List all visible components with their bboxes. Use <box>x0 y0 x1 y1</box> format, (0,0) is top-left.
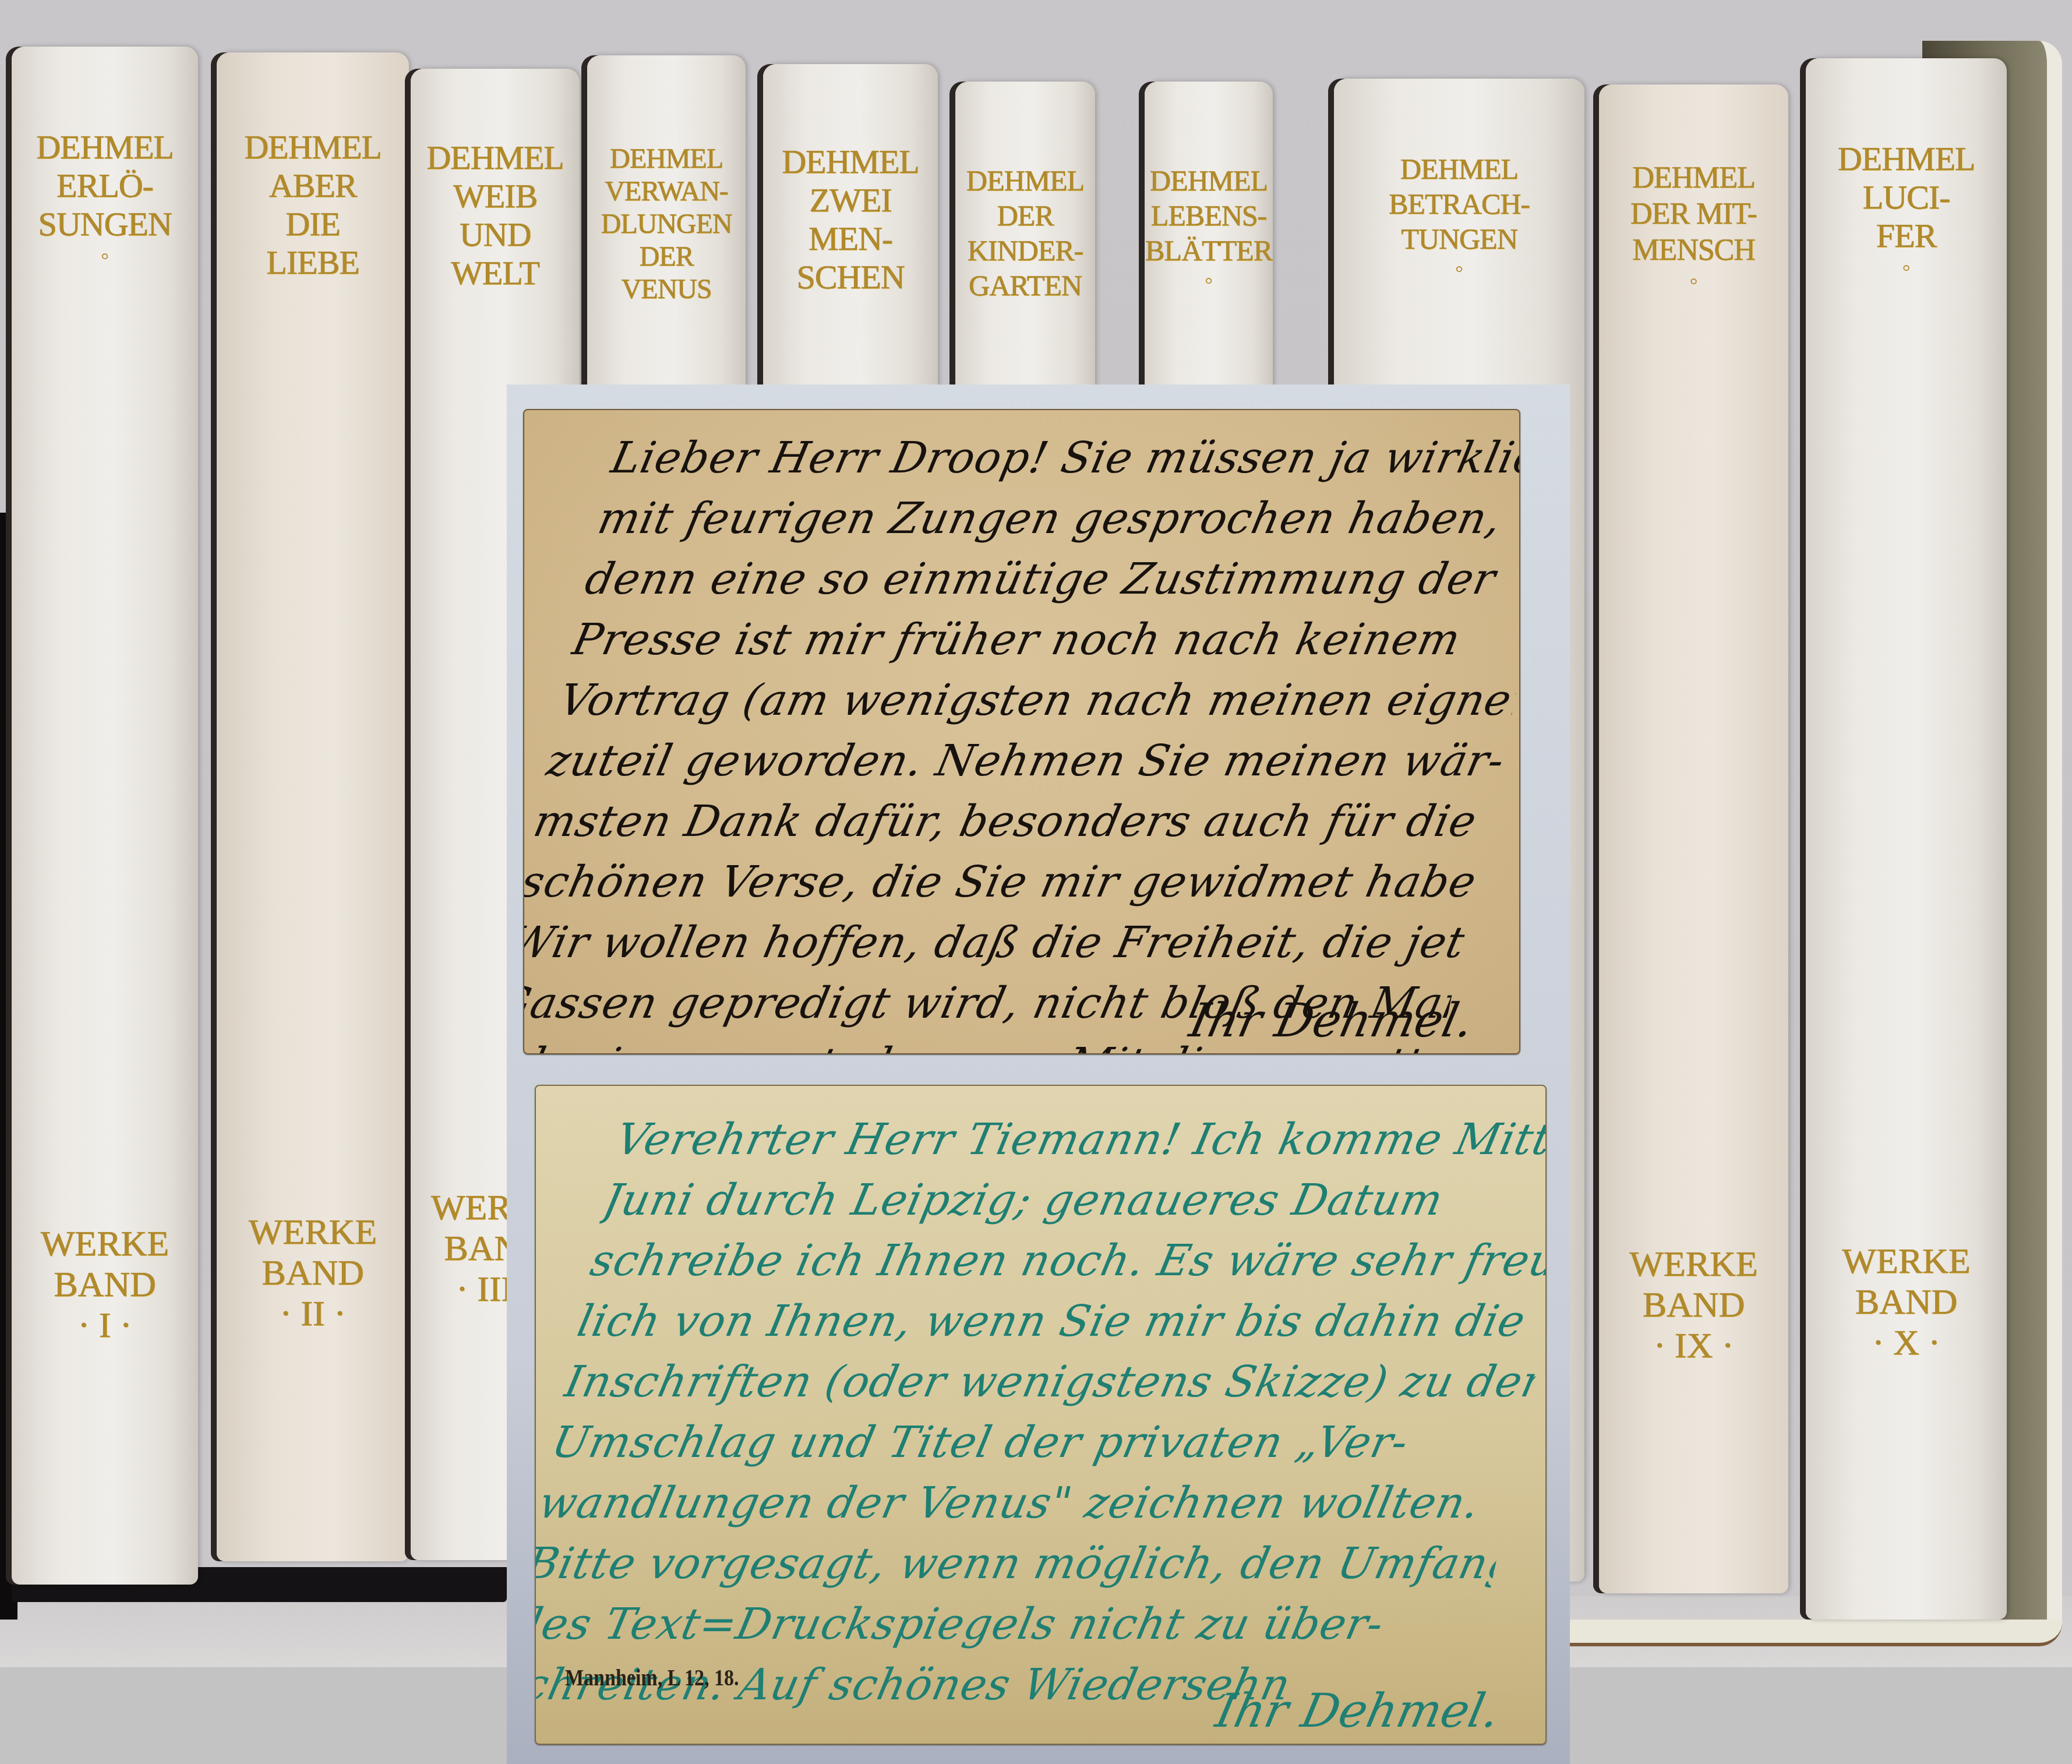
spine-ornament: ° <box>1690 274 1698 297</box>
spine-volume-label: WERKE BAND · X · <box>1806 1241 2007 1363</box>
handwriting-line: Presse ist mir früher noch nach keinem <box>567 609 1520 670</box>
spine-title: DEHMEL DER MIT- MENSCH <box>1630 160 1757 269</box>
spine-ornament: ° <box>1902 261 1911 283</box>
spine-title: DEHMEL ZWEI MEN- SCHEN <box>782 143 919 297</box>
handwriting-line: schönen Verse, die Sie mir gewidmet habe… <box>523 852 1482 912</box>
book-volume-2: DEHMEL ABER DIE LIEBE WERKE BAND · II · <box>217 52 409 1561</box>
spine-title: DEHMEL LEBENS- BLÄTTER <box>1145 163 1272 268</box>
spine-volume-label: WERKE BAND · IX · <box>1599 1244 1788 1366</box>
handwriting-line: denn eine so einmütige Zustimmung der <box>580 549 1520 609</box>
handwriting-line: Wir wollen hoffen, daß die Freiheit, die… <box>523 912 1470 973</box>
spine-title: DEHMEL ERLÖ- SUNGEN <box>36 128 174 244</box>
book-volume-10: DEHMEL LUCI- FER ° WERKE BAND · X · <box>1806 58 2007 1620</box>
spine-ornament: ° <box>1205 274 1213 296</box>
handwriting-line: Vortrag (am wenigsten nach meinen eignen… <box>554 670 1520 731</box>
spine-title: DEHMEL VERWAN- DLUNGEN DER VENUS <box>601 143 732 306</box>
signature: Ihr Dehmel. <box>1185 993 1478 1047</box>
postcard-droop: Lieber Herr Droop! Sie müssen ja wirklic… <box>523 409 1520 1054</box>
printed-address-stamp: Mannheim, L 12, 18. <box>565 1664 739 1691</box>
handwriting-line: Juni durch Leipzig; genaueres Datum <box>598 1170 1547 1230</box>
spine-volume-label: WERKE BAND · I · <box>12 1223 198 1346</box>
handwriting-line: msten Dank dafür, besonders auch für die <box>528 791 1495 852</box>
handwriting-line: zuteil geworden. Nehmen Sie meinen wär- <box>541 731 1508 791</box>
spine-title: DEHMEL DER KINDER- GARTEN <box>966 163 1084 303</box>
handwriting-line: Lieber Herr Droop! Sie müssen ja wirklic… <box>605 428 1520 488</box>
handwriting-line: mit feurigen Zungen gesprochen haben, <box>592 488 1520 549</box>
spine-title: DEHMEL ABER DIE LIEBE <box>244 128 382 282</box>
signature: Ihr Dehmel. <box>1211 1684 1505 1738</box>
handwriting-line: Inschriften (oder wenigstens Skizze) zu … <box>559 1352 1541 1412</box>
handwriting-line: lich von Ihnen, wenn Sie mir bis dahin d… <box>572 1291 1547 1352</box>
spine-title: DEHMEL WEIB UND WELT <box>426 139 564 292</box>
spine-title: DEHMEL BETRACH- TUNGEN <box>1389 151 1530 256</box>
spine-ornament: ° <box>101 249 109 271</box>
book-volume-1: DEHMEL ERLÖ- SUNGEN ° WERKE BAND · I · <box>12 47 198 1585</box>
handwriting-line: des Text=Druckspiegels nicht zu über- <box>535 1594 1489 1654</box>
postcard-tiemann: Verehrter Herr Tiemann! Ich komme Mitte … <box>535 1085 1547 1745</box>
spine-volume-label: WERKE BAND · II · <box>217 1212 409 1334</box>
handwriting-line: wandlungen der Venus" zeichnen wollten. <box>535 1473 1515 1533</box>
handwriting-line: Umschlag und Titel der privaten „Ver- <box>546 1412 1528 1473</box>
spine-ornament: ° <box>1455 262 1463 284</box>
handwriting-line: Verehrter Herr Tiemann! Ich komme Mitte <box>610 1109 1547 1170</box>
handwriting-line: Bitte vorgesagt, wenn möglich, den Umfan… <box>535 1533 1502 1594</box>
book-volume-9: DEHMEL DER MIT- MENSCH ° WERKE BAND · IX… <box>1599 84 1788 1593</box>
handwritten-text: Lieber Herr Droop! Sie müssen ja wirklic… <box>523 428 1520 1054</box>
handwritten-text: Verehrter Herr Tiemann! Ich komme Mitte … <box>535 1109 1547 1715</box>
handwriting-line: schreibe ich Ihnen noch. Es wäre sehr fr… <box>585 1230 1547 1291</box>
spine-title: DEHMEL LUCI- FER <box>1838 140 1975 255</box>
slipcase-bottom-edge <box>1544 1620 2062 1646</box>
